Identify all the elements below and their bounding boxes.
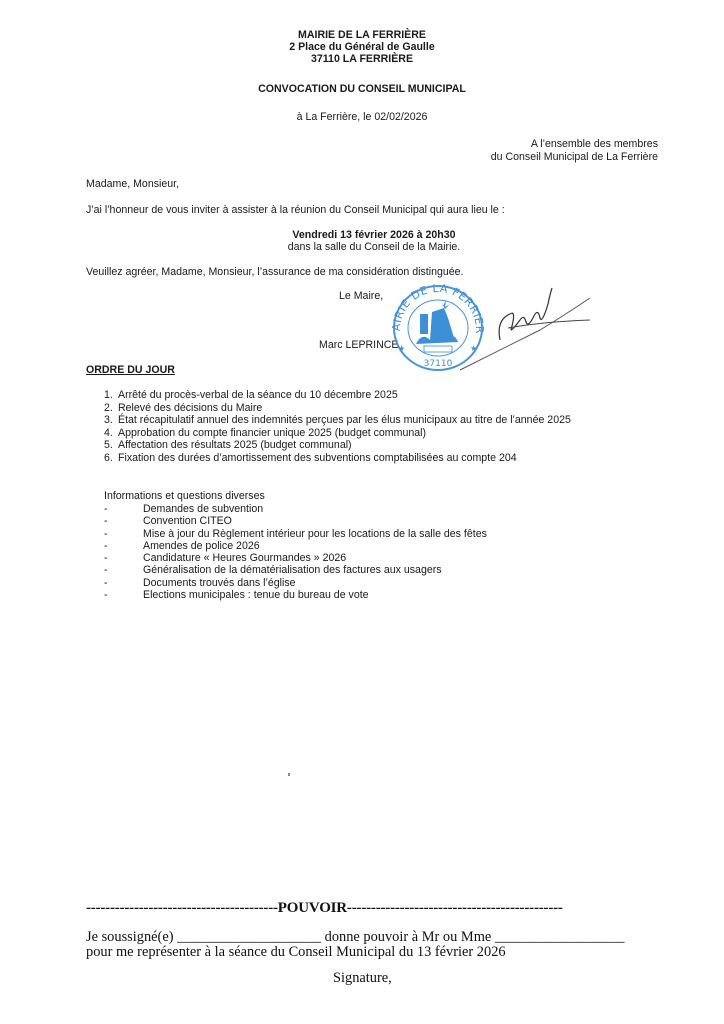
pouvoir-line-2: pour me représenter à la séance du Conse… (86, 944, 506, 961)
pouvoir-signature-label: Signature, (333, 970, 392, 987)
invitation-text: J’ai l’honneur de vous inviter à assiste… (86, 204, 505, 216)
misc-item: -Candidature « Heures Gourmandes » 2026 (104, 552, 487, 564)
scan-speck (288, 773, 290, 776)
misc-heading: Informations et questions diverses (104, 490, 265, 502)
misc-item: -Documents trouvés dans l’église (104, 577, 487, 589)
misc-list: -Demandes de subvention -Convention CITE… (104, 503, 487, 601)
meeting-date-time: Vendredi 13 février 2026 à 20h30 (12, 229, 724, 241)
misc-item: -Convention CITEO (104, 515, 487, 527)
handwritten-signature-icon (440, 280, 600, 380)
meeting-location: dans la salle du Conseil de la Mairie. (12, 241, 724, 253)
agenda-item: 2.Relevé des décisions du Maire (104, 402, 571, 415)
document-title: CONVOCATION DU CONSEIL MUNICIPAL (0, 83, 724, 95)
agenda-heading: ORDRE DU JOUR (86, 364, 175, 376)
recipient-block: A l’ensemble des membres du Conseil Muni… (491, 138, 658, 163)
misc-item: -Elections municipales : tenue du bureau… (104, 589, 487, 601)
recipient-line-1: A l’ensemble des membres (491, 138, 658, 151)
agenda-item: 1.Arrêté du procès-verbal de la séance d… (104, 389, 571, 402)
agenda-item: 3.État récapitulatif annuel des indemnit… (104, 414, 571, 427)
salutation: Madame, Monsieur, (86, 178, 179, 190)
mairie-address: 2 Place du Général de Gaulle (0, 42, 724, 54)
agenda-list: 1.Arrêté du procès-verbal de la séance d… (104, 389, 571, 465)
closing-formula: Veuillez agréer, Madame, Monsieur, l’ass… (86, 266, 463, 278)
pouvoir-heading: ----------------------------------------… (86, 900, 563, 917)
misc-item: -Demandes de subvention (104, 503, 487, 515)
signatory-role: Le Maire, (339, 290, 383, 302)
misc-item: -Mise à jour du Règlement intérieur pour… (104, 528, 487, 540)
agenda-item: 4.Approbation du compte financier unique… (104, 427, 571, 440)
recipient-line-2: du Conseil Municipal de La Ferrière (491, 151, 658, 164)
agenda-item: 6.Fixation des durées d’amortissement de… (104, 452, 571, 465)
mairie-city: 37110 LA FERRIÈRE (0, 54, 724, 66)
misc-item: -Amendes de police 2026 (104, 540, 487, 552)
svg-text:★: ★ (398, 344, 405, 353)
agenda-item: 5.Affectation des résultats 2025 (budget… (104, 439, 571, 452)
mairie-name: MAIRIE DE LA FERRIÈRE (0, 30, 724, 42)
place-date: à La Ferrière, le 02/02/2026 (0, 111, 724, 123)
misc-item: -Généralisation de la dématérialisation … (104, 564, 487, 576)
